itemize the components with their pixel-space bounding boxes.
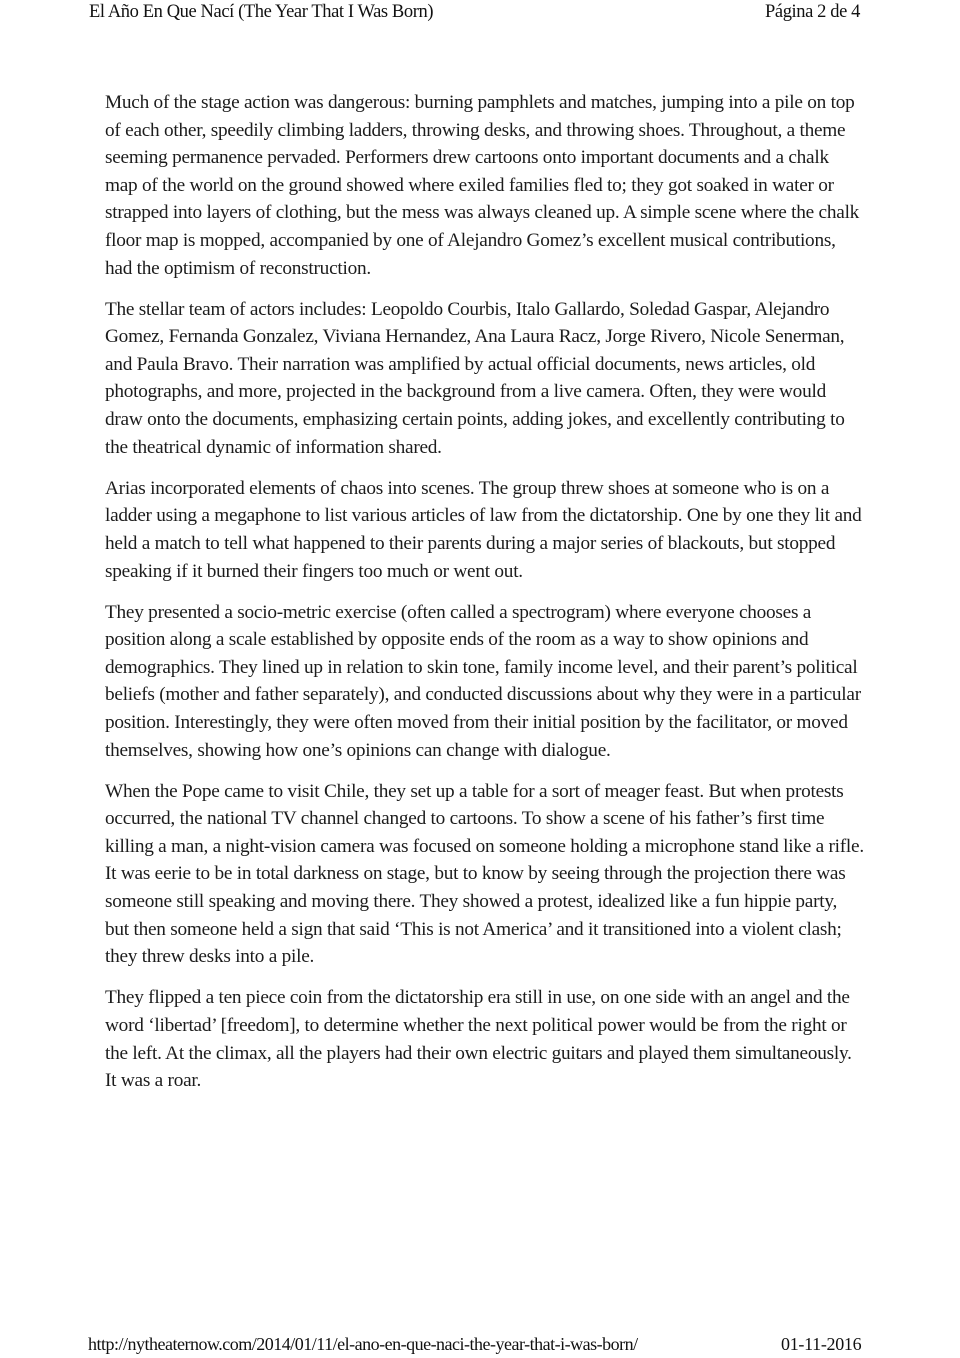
document-title: El Año En Que Nací (The Year That I Was … bbox=[89, 2, 433, 23]
print-date: 01-11-2016 bbox=[781, 1334, 861, 1355]
article-body: Much of the stage action was dangerous: … bbox=[105, 89, 865, 1108]
page-indicator: Página 2 de 4 bbox=[765, 2, 860, 23]
paragraph-stage-action: Much of the stage action was dangerous: … bbox=[105, 89, 865, 282]
page-footer: http://nytheaternow.com/2014/01/11/el-an… bbox=[0, 1334, 960, 1358]
paragraph-chaos: Arias incorporated elements of chaos int… bbox=[105, 475, 865, 585]
paragraph-pope-visit: When the Pope came to visit Chile, they … bbox=[105, 778, 865, 971]
page-header: El Año En Que Nací (The Year That I Was … bbox=[0, 0, 960, 30]
paragraph-coin-flip: They flipped a ten piece coin from the d… bbox=[105, 984, 865, 1094]
source-url: http://nytheaternow.com/2014/01/11/el-an… bbox=[88, 1334, 638, 1355]
paragraph-cast: The stellar team of actors includes: Leo… bbox=[105, 296, 865, 462]
paragraph-spectrogram: They presented a socio-metric exercise (… bbox=[105, 599, 865, 765]
